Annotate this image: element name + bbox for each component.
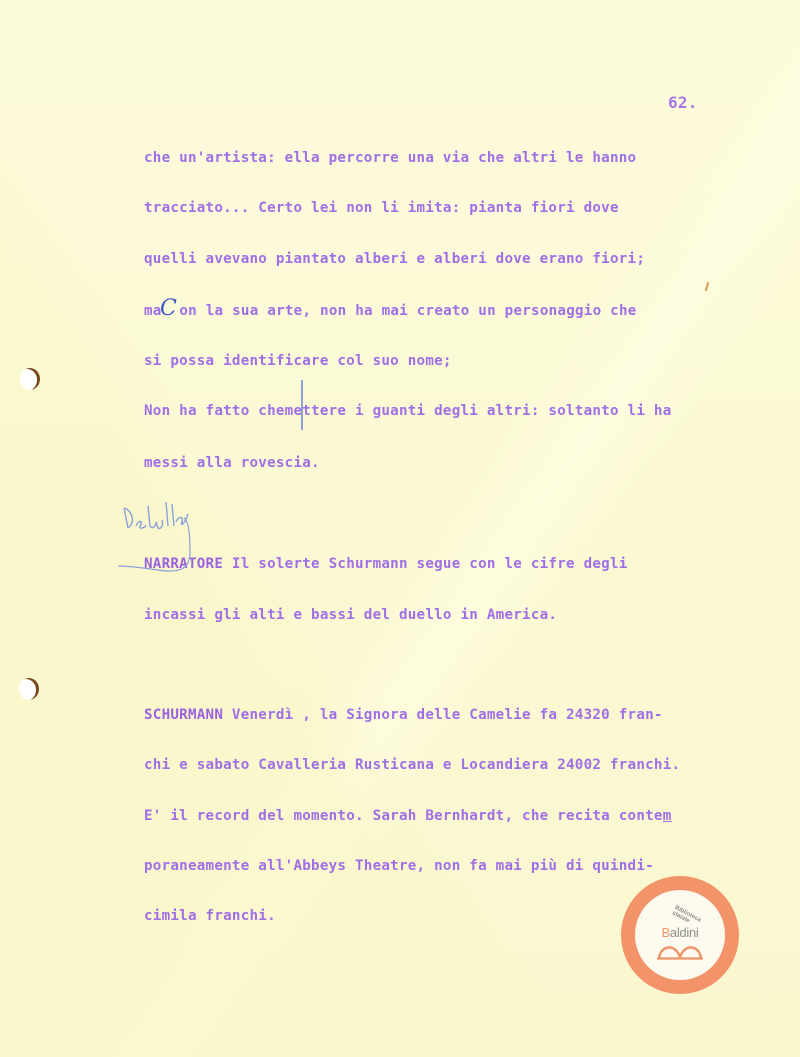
text-line: che un'artista: ella percorre una via ch… [144, 150, 636, 166]
punch-hole [20, 368, 40, 390]
text-line: ma on la sua arte, non ha mai creato un … [144, 303, 637, 319]
text-line: si possa identificare col suo nome; [144, 353, 452, 369]
handwritten-signature-icon [118, 496, 268, 596]
text-fragment: E' il record del momento. Sarah Bernhard… [144, 808, 663, 824]
text-line: tracciato... Certo lei non li imita: pia… [144, 200, 619, 216]
page-number: 62. [668, 93, 698, 112]
text-line: poraneamente all'Abbeys Theatre, non fa … [144, 858, 654, 874]
punch-hole [19, 678, 39, 700]
text-line: Non ha fatto chemettere i guanti degli a… [144, 403, 672, 419]
text-fragment: on la sua arte, non ha mai creato un per… [179, 303, 636, 319]
handwritten-correction: C [160, 296, 177, 321]
library-stamp: Biblioteca statale Baldini [621, 876, 739, 994]
text-line: chi e sabato Cavalleria Rusticana e Loca… [144, 757, 680, 773]
schurmann-line: SCHURMANN Venerdì , la Signora delle Cam… [144, 707, 663, 723]
stamp-initial: B [662, 925, 670, 940]
dialogue-text: Venerdì , la Signora delle Camelie fa 24… [223, 707, 663, 723]
pencil-divider-mark [301, 380, 303, 430]
underlined-letter: m [663, 808, 672, 824]
dialogue-text: Il solerte Schurmann segue con le cifre … [223, 556, 627, 572]
text-line: E' il record del momento. Sarah Bernhard… [144, 808, 672, 824]
book-arches-icon [657, 940, 703, 960]
text-line: messi alla rovescia. [144, 455, 320, 471]
speaker-label: SCHURMANN [144, 707, 223, 723]
text-line: incassi gli alti e bassi del duello in A… [144, 607, 557, 623]
text-line: quelli avevano piantato alberi e alberi … [144, 251, 645, 267]
text-line: cimila franchi. [144, 908, 276, 924]
